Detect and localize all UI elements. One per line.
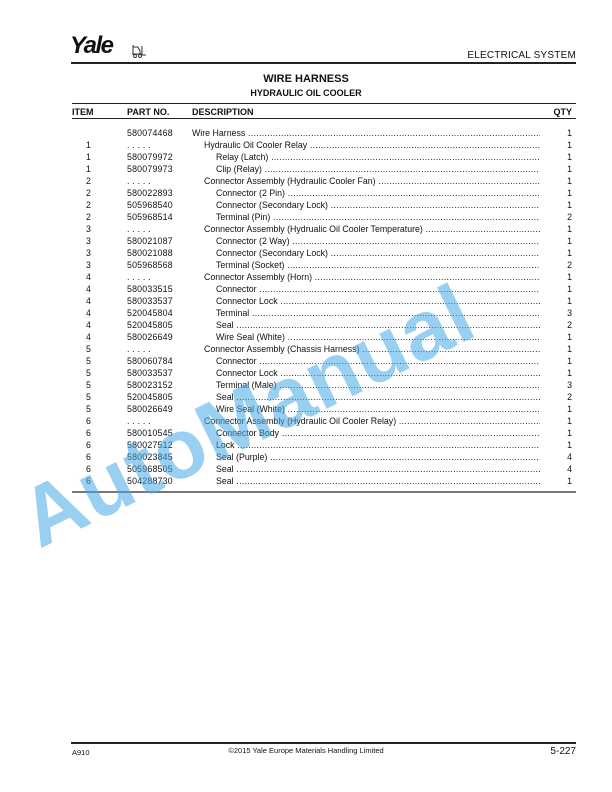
part-number-cell: 580023845 bbox=[127, 451, 173, 463]
description-cell: Connector Assembly (Chassis Harness) bbox=[204, 343, 540, 355]
qty-cell: 2 bbox=[567, 319, 572, 331]
part-number-cell: 580022893 bbox=[127, 187, 173, 199]
page-number: 5-227 bbox=[550, 746, 576, 757]
part-number-cell: 504288730 bbox=[127, 475, 173, 487]
description-cell: Seal bbox=[216, 391, 540, 403]
item-cell: 6 bbox=[86, 475, 96, 487]
qty-cell: 1 bbox=[567, 331, 572, 343]
qty-cell: 1 bbox=[567, 367, 572, 379]
item-cell: 2 bbox=[86, 175, 96, 187]
item-cell: 2 bbox=[86, 187, 96, 199]
item-cell: 4 bbox=[86, 331, 96, 343]
item-cell: 1 bbox=[86, 163, 96, 175]
qty-cell: 1 bbox=[567, 355, 572, 367]
section-title: ELECTRICAL SYSTEM bbox=[467, 50, 576, 61]
part-number-cell: 580026649 bbox=[127, 403, 173, 415]
description-cell: Seal (Purple) bbox=[216, 451, 540, 463]
qty-cell: 1 bbox=[567, 283, 572, 295]
description-cell: Connector Lock bbox=[216, 295, 540, 307]
item-cell: 4 bbox=[86, 319, 96, 331]
part-number-cell: 505968568 bbox=[127, 259, 173, 271]
table-row: 580074468Wire Harness1 bbox=[72, 127, 576, 139]
part-number-cell: 580026649 bbox=[127, 331, 173, 343]
description-cell: Wire Seal (White) bbox=[216, 331, 540, 343]
description-cell: Connector (2 Way) bbox=[216, 235, 540, 247]
table-row: 3505968568Terminal (Socket)2 bbox=[72, 259, 576, 271]
item-cell: 4 bbox=[86, 283, 96, 295]
part-number-cell: 580033515 bbox=[127, 283, 173, 295]
item-cell: 3 bbox=[86, 247, 96, 259]
table-row: 5580033537Connector Lock1 bbox=[72, 367, 576, 379]
table-row: 4. . . . .Connector Assembly (Horn)1 bbox=[72, 271, 576, 283]
part-number-cell: . . . . . bbox=[127, 271, 151, 283]
header-divider bbox=[71, 62, 576, 64]
qty-cell: 3 bbox=[567, 379, 572, 391]
description-cell: Connector Assembly (Hydrualic Oil Cooler… bbox=[204, 223, 540, 235]
item-cell: 4 bbox=[86, 307, 96, 319]
qty-cell: 1 bbox=[567, 475, 572, 487]
table-row: 6. . . . .Connector Assembly (Hydraulic … bbox=[72, 415, 576, 427]
column-header-item: ITEM bbox=[72, 107, 94, 117]
page-subtitle: HYDRAULIC OIL COOLER bbox=[0, 88, 612, 98]
item-cell: 6 bbox=[86, 427, 96, 439]
part-number-cell: 580021087 bbox=[127, 235, 173, 247]
table-row: 1. . . . .Hydraulic Oil Cooler Relay1 bbox=[72, 139, 576, 151]
part-number-cell: 580010545 bbox=[127, 427, 173, 439]
item-cell: 1 bbox=[86, 139, 96, 151]
table-row: 4520045804Terminal3 bbox=[72, 307, 576, 319]
qty-cell: 1 bbox=[567, 247, 572, 259]
item-cell: 5 bbox=[86, 391, 96, 403]
qty-cell: 1 bbox=[567, 127, 572, 139]
part-number-cell: 505968540 bbox=[127, 199, 173, 211]
description-cell: Relay (Latch) bbox=[216, 151, 540, 163]
table-row: 2505968540Connector (Secondary Lock)1 bbox=[72, 199, 576, 211]
description-cell: Terminal (Pin) bbox=[216, 211, 540, 223]
description-cell: Terminal bbox=[216, 307, 540, 319]
page-title: WIRE HARNESS bbox=[0, 73, 612, 85]
item-cell: 4 bbox=[86, 271, 96, 283]
part-number-cell: . . . . . bbox=[127, 139, 151, 151]
part-number-cell: 580023152 bbox=[127, 379, 173, 391]
qty-cell: 1 bbox=[567, 163, 572, 175]
qty-cell: 4 bbox=[567, 463, 572, 475]
parts-table-body: 580074468Wire Harness11. . . . .Hydrauli… bbox=[72, 127, 576, 487]
part-number-cell: 580027512 bbox=[127, 439, 173, 451]
description-cell: Connector (Secondary Lock) bbox=[216, 199, 540, 211]
item-cell: 3 bbox=[86, 235, 96, 247]
table-header-bottom-rule bbox=[72, 118, 576, 119]
part-number-cell: . . . . . bbox=[127, 343, 151, 355]
qty-cell: 1 bbox=[567, 187, 572, 199]
part-number-cell: 505968505 bbox=[127, 463, 173, 475]
qty-cell: 1 bbox=[567, 271, 572, 283]
part-number-cell: 580060784 bbox=[127, 355, 173, 367]
table-row: 2505968514Terminal (Pin)2 bbox=[72, 211, 576, 223]
description-cell: Seal bbox=[216, 319, 540, 331]
description-cell: Connector (2 Pin) bbox=[216, 187, 540, 199]
item-cell: 2 bbox=[86, 211, 96, 223]
description-cell: Connector Body bbox=[216, 427, 540, 439]
item-cell: 5 bbox=[86, 379, 96, 391]
description-cell: Hydraulic Oil Cooler Relay bbox=[204, 139, 540, 151]
description-cell: Connector (Secondary Lock) bbox=[216, 247, 540, 259]
description-cell: Connector Lock bbox=[216, 367, 540, 379]
table-row: 5520045805Seal2 bbox=[72, 391, 576, 403]
qty-cell: 1 bbox=[567, 223, 572, 235]
qty-cell: 1 bbox=[567, 175, 572, 187]
item-cell: 6 bbox=[86, 415, 96, 427]
table-row: 2580022893Connector (2 Pin)1 bbox=[72, 187, 576, 199]
item-cell: 3 bbox=[86, 223, 96, 235]
description-cell: Lock bbox=[216, 439, 540, 451]
part-number-cell: 580033537 bbox=[127, 367, 173, 379]
description-cell: Terminal (Socket) bbox=[216, 259, 540, 271]
table-row: 2. . . . .Connector Assembly (Hydraulic … bbox=[72, 175, 576, 187]
qty-cell: 3 bbox=[567, 307, 572, 319]
table-header-top-rule bbox=[72, 103, 576, 104]
qty-cell: 1 bbox=[567, 415, 572, 427]
column-header-description: DESCRIPTION bbox=[192, 107, 254, 117]
table-row: 4580033515Connector1 bbox=[72, 283, 576, 295]
part-number-cell: 520045805 bbox=[127, 391, 173, 403]
item-cell: 4 bbox=[86, 295, 96, 307]
qty-cell: 2 bbox=[567, 391, 572, 403]
qty-cell: 4 bbox=[567, 451, 572, 463]
table-row: 4580026649Wire Seal (White)1 bbox=[72, 331, 576, 343]
brand-logo: Yale bbox=[70, 34, 112, 58]
part-number-cell: 580074468 bbox=[127, 127, 173, 139]
description-cell: Seal bbox=[216, 463, 540, 475]
table-row: 5580023152Terminal (Male)3 bbox=[72, 379, 576, 391]
description-cell: Wire Harness bbox=[192, 127, 540, 139]
part-number-cell: 505968514 bbox=[127, 211, 173, 223]
footer-copyright: ©2015 Yale Europe Materials Handling Lim… bbox=[0, 746, 612, 755]
table-row: 3. . . . .Connector Assembly (Hydrualic … bbox=[72, 223, 576, 235]
part-number-cell: 580033537 bbox=[127, 295, 173, 307]
item-cell: 5 bbox=[86, 355, 96, 367]
table-row: 3580021088Connector (Secondary Lock)1 bbox=[72, 247, 576, 259]
qty-cell: 1 bbox=[567, 403, 572, 415]
table-row: 6580023845Seal (Purple)4 bbox=[72, 451, 576, 463]
table-row: 5580060784Connector1 bbox=[72, 355, 576, 367]
part-number-cell: . . . . . bbox=[127, 175, 151, 187]
item-cell: 6 bbox=[86, 463, 96, 475]
table-bottom-rule bbox=[72, 491, 576, 493]
column-header-part-no: PART NO. bbox=[127, 107, 169, 117]
description-cell: Connector Assembly (Hydraulic Oil Cooler… bbox=[204, 415, 540, 427]
item-cell: 5 bbox=[86, 367, 96, 379]
part-number-cell: 580079972 bbox=[127, 151, 173, 163]
description-cell: Terminal (Male) bbox=[216, 379, 540, 391]
table-row: 5580026649Wire Seal (White)1 bbox=[72, 403, 576, 415]
qty-cell: 2 bbox=[567, 259, 572, 271]
column-header-qty: QTY bbox=[553, 107, 572, 117]
description-cell: Wire Seal (White) bbox=[216, 403, 540, 415]
item-cell: 6 bbox=[86, 439, 96, 451]
table-row: 3580021087Connector (2 Way)1 bbox=[72, 235, 576, 247]
qty-cell: 2 bbox=[567, 211, 572, 223]
table-row: 4520045805Seal2 bbox=[72, 319, 576, 331]
qty-cell: 1 bbox=[567, 343, 572, 355]
description-cell: Connector bbox=[216, 355, 540, 367]
qty-cell: 1 bbox=[567, 139, 572, 151]
qty-cell: 1 bbox=[567, 235, 572, 247]
table-row: 1580079972Relay (Latch)1 bbox=[72, 151, 576, 163]
item-cell: 2 bbox=[86, 199, 96, 211]
item-cell: 5 bbox=[86, 403, 96, 415]
qty-cell: 1 bbox=[567, 439, 572, 451]
item-cell: 6 bbox=[86, 451, 96, 463]
part-number-cell: 520045804 bbox=[127, 307, 173, 319]
qty-cell: 1 bbox=[567, 151, 572, 163]
part-number-cell: 580079973 bbox=[127, 163, 173, 175]
description-cell: Connector Assembly (Hydraulic Cooler Fan… bbox=[204, 175, 540, 187]
table-row: 1580079973Clip (Relay)1 bbox=[72, 163, 576, 175]
description-cell: Clip (Relay) bbox=[216, 163, 540, 175]
table-row: 6580027512Lock1 bbox=[72, 439, 576, 451]
table-row: 5. . . . .Connector Assembly (Chassis Ha… bbox=[72, 343, 576, 355]
part-number-cell: 520045805 bbox=[127, 319, 173, 331]
table-row: 6580010545Connector Body1 bbox=[72, 427, 576, 439]
qty-cell: 1 bbox=[567, 427, 572, 439]
qty-cell: 1 bbox=[567, 295, 572, 307]
footer-divider bbox=[71, 742, 576, 744]
item-cell: 3 bbox=[86, 259, 96, 271]
part-number-cell: . . . . . bbox=[127, 223, 151, 235]
description-cell: Connector Assembly (Horn) bbox=[204, 271, 540, 283]
table-row: 6505968505Seal4 bbox=[72, 463, 576, 475]
part-number-cell: . . . . . bbox=[127, 415, 151, 427]
qty-cell: 1 bbox=[567, 199, 572, 211]
description-cell: Connector bbox=[216, 283, 540, 295]
table-row: 4580033537Connector Lock1 bbox=[72, 295, 576, 307]
forklift-icon bbox=[131, 44, 147, 58]
description-cell: Seal bbox=[216, 475, 540, 487]
table-row: 6504288730Seal1 bbox=[72, 475, 576, 487]
item-cell: 5 bbox=[86, 343, 96, 355]
item-cell: 1 bbox=[86, 151, 96, 163]
part-number-cell: 580021088 bbox=[127, 247, 173, 259]
